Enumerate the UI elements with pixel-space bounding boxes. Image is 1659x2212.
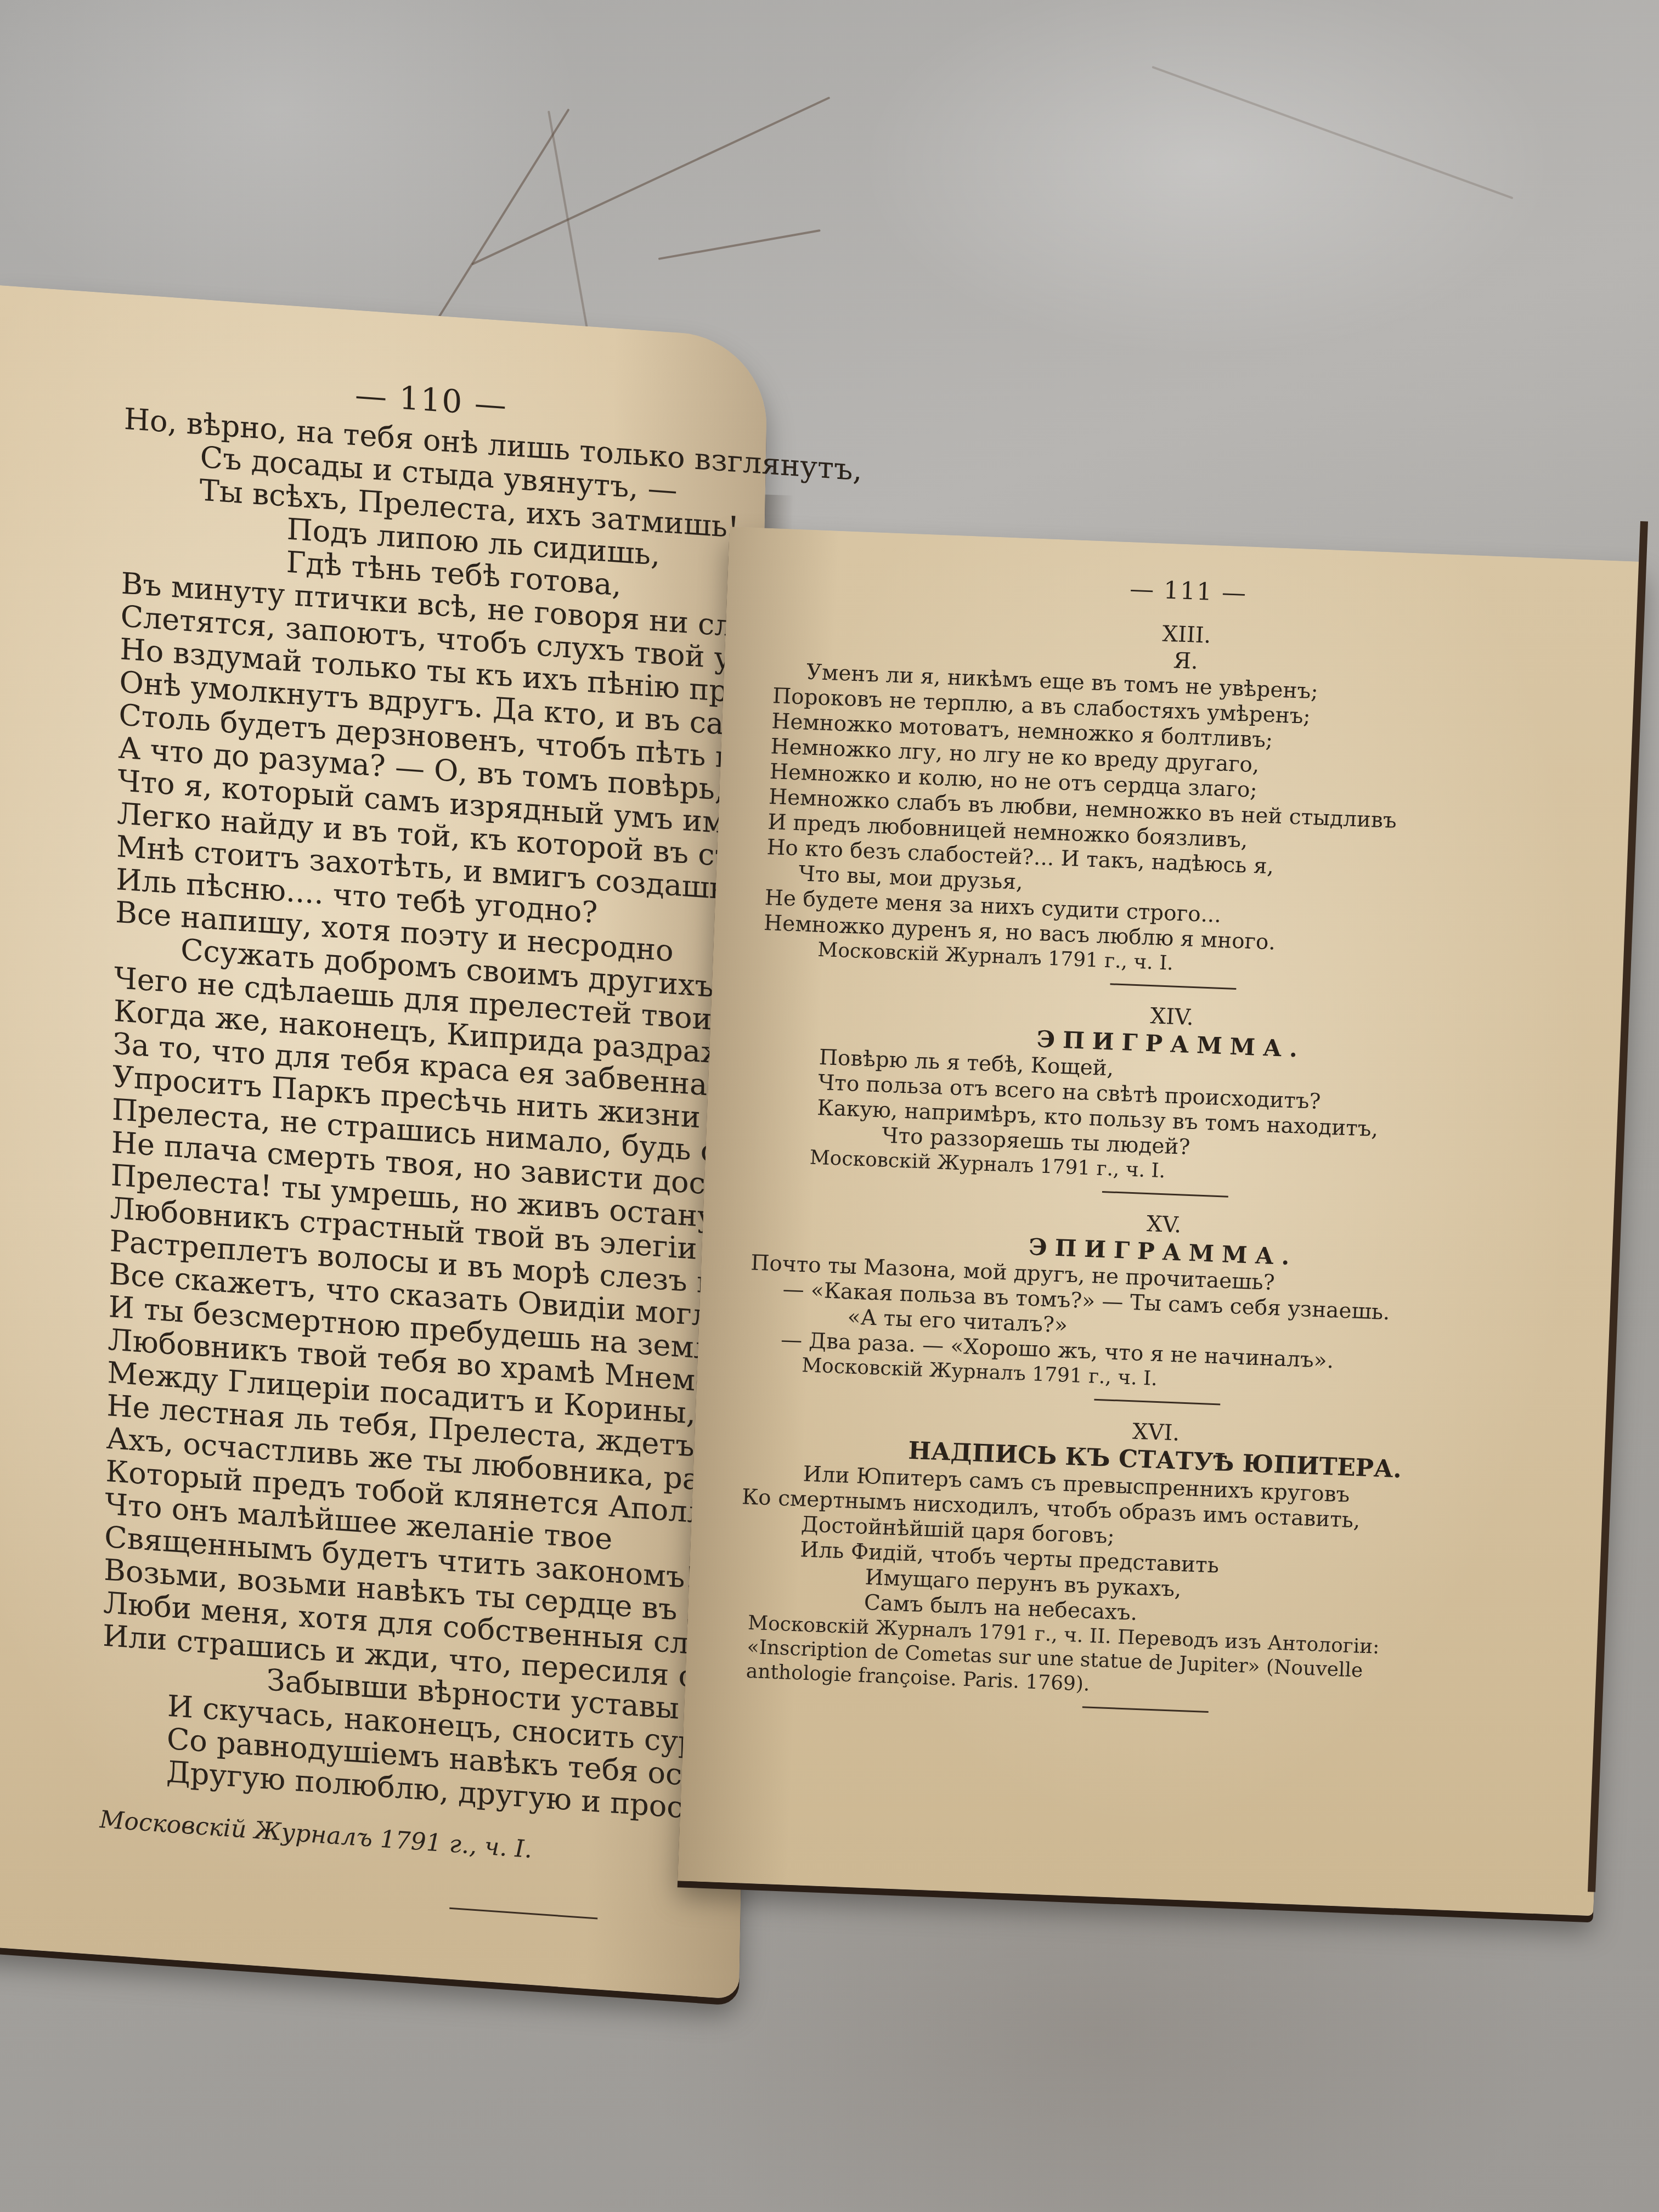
section-divider: [1102, 1191, 1228, 1198]
left-page: — 110 — Но, вѣрно, на тебя онѣ лишь толь…: [0, 285, 768, 2000]
left-page-content: — 110 — Но, вѣрно, на тебя онѣ лишь толь…: [98, 360, 755, 1928]
section-divider: [449, 1908, 597, 1920]
right-page: — 111 — XIII.Я.Уменъ ли я, никѣмъ еще въ…: [678, 527, 1645, 1916]
poem-section: XVI.НАДПИСЬ КЪ СТАТУѢ ЮПИТЕРА.Или Юпитер…: [734, 1403, 1567, 1726]
section-divider: [1082, 1706, 1209, 1713]
poem-section: XV.ЭПИГРАММА.Почто ты Мазона, мой другъ,…: [746, 1196, 1576, 1419]
section-divider: [1110, 983, 1236, 990]
left-poem-lines: Но, вѣрно, на тебя онѣ лишь только взгля…: [100, 403, 755, 1828]
poem-section: XIV.ЭПИГРАММА.Повѣрю ль я тебѣ, Кощей,Чт…: [754, 988, 1583, 1211]
poem-section: XIII.Я.Уменъ ли я, никѣмъ еще въ томъ не…: [762, 606, 1598, 1003]
section-divider: [1094, 1399, 1220, 1406]
right-page-sections: XIII.Я.Уменъ ли я, никѣмъ еще въ томъ не…: [734, 606, 1598, 1726]
right-page-content: — 111 — XIII.Я.Уменъ ли я, никѣмъ еще въ…: [733, 561, 1600, 1742]
marble-vein: [658, 229, 821, 260]
marble-vein: [1152, 66, 1513, 199]
